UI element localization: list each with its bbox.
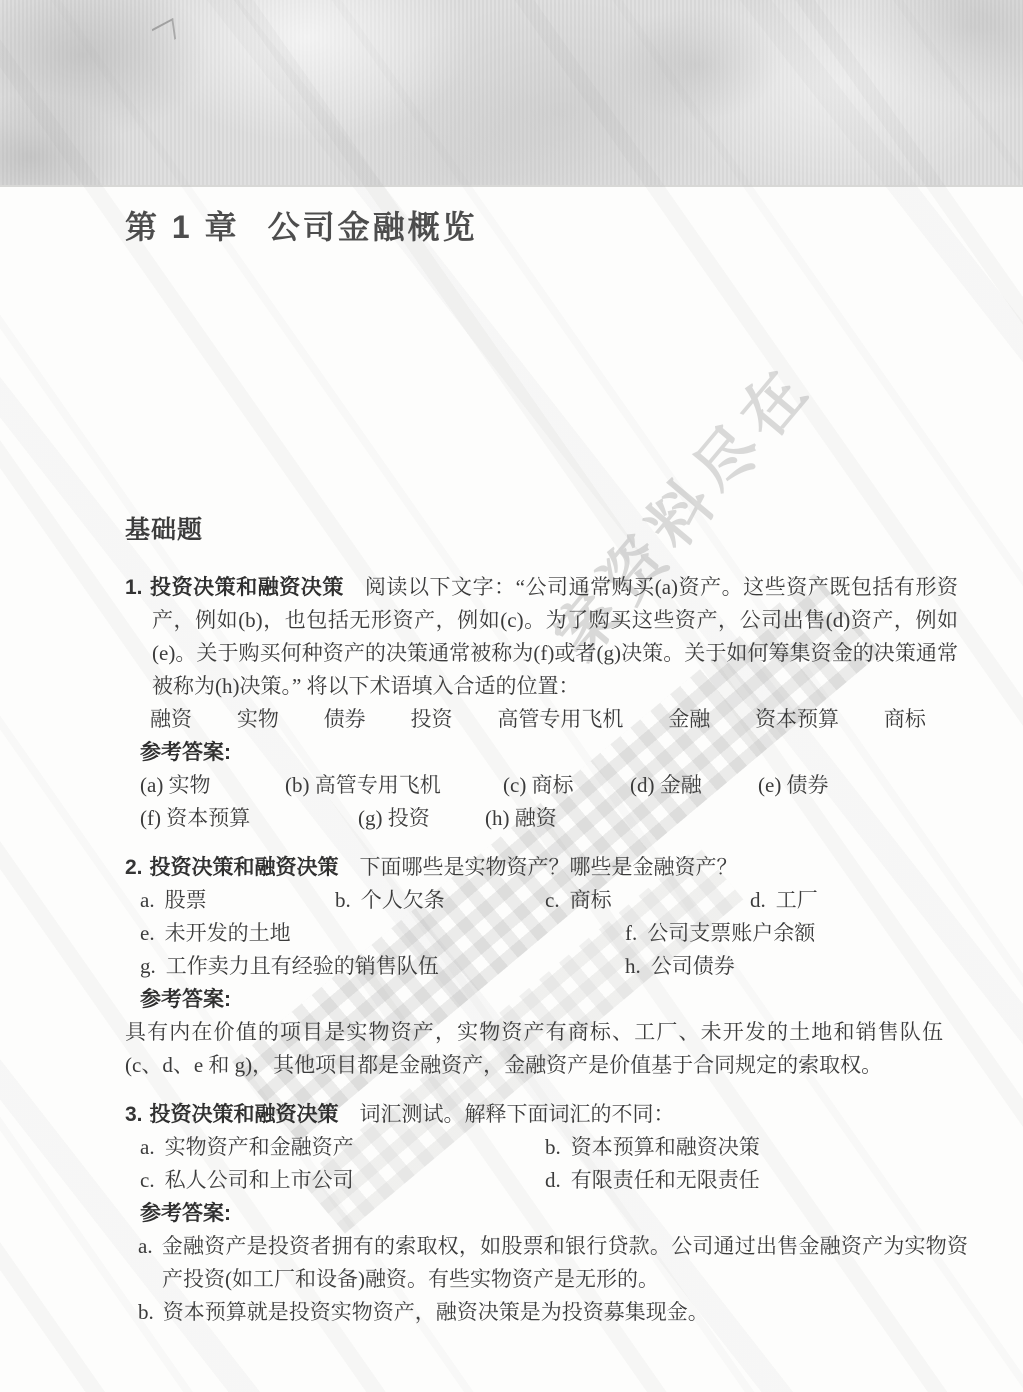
- option-label: 股票: [165, 888, 207, 912]
- chapter-number: 第 1 章: [125, 209, 240, 245]
- question-number: 2.: [125, 856, 143, 879]
- term: 投资: [411, 703, 453, 736]
- term: 高管专用飞机: [497, 703, 623, 736]
- answer-text: 金融资产是投资者拥有的索取权，如股票和银行贷款。公司通过出售金融资产为实物资产投…: [162, 1234, 968, 1291]
- question-3-answer-b: b.资本预算就是投资实物资产，融资决策是为投资募集现金。: [138, 1296, 968, 1329]
- answer-key: b.: [138, 1300, 154, 1324]
- option-key: e.: [140, 921, 155, 945]
- question-topic: 投资决策和融资决策: [150, 1103, 339, 1126]
- question-3-options-row2: c.私人公司和上市公司 d.有限责任和无限责任: [140, 1164, 963, 1197]
- option-label: 私人公司和上市公司: [165, 1168, 354, 1192]
- question-number: 1.: [125, 576, 143, 599]
- question-2-answer: 具有内在价值的项目是实物资产，实物资产有商标、工厂、未开发的土地和销售队伍 (c…: [125, 1016, 943, 1082]
- option-label: 实物资产和金融资产: [165, 1135, 354, 1159]
- option-key: f.: [625, 921, 637, 945]
- scanned-textbook-page: 案资料尽在 第 1 章公司金融概览 基础题 1.投资决策和融资决策阅读以下文字：…: [0, 0, 1023, 1392]
- question-3: 3.投资决策和融资决策词汇测试。解释下面词汇的不同： a.实物资产和金融资产 b…: [125, 1098, 963, 1329]
- question-1-answers-row1: (a) 实物 (b) 高管专用飞机 (c) 商标 (d) 金融 (e) 债券: [140, 769, 963, 802]
- option-item: g.工作卖力且有经验的销售队伍: [140, 950, 625, 983]
- question-2: 2.投资决策和融资决策下面哪些是实物资产？哪些是金融资产？ a.股票 b.个人欠…: [125, 851, 963, 1082]
- question-2-options-row3: g.工作卖力且有经验的销售队伍 h.公司债券: [140, 950, 963, 983]
- option-item: h.公司债券: [625, 950, 963, 983]
- question-3-answer-a: a.金融资产是投资者拥有的索取权，如股票和银行贷款。公司通过出售金融资产为实物资…: [138, 1230, 968, 1296]
- option-key: c.: [140, 1168, 155, 1192]
- option-item: d.有限责任和无限责任: [545, 1164, 963, 1197]
- answer-item: (d) 金融: [630, 769, 758, 802]
- option-key: d.: [750, 888, 766, 912]
- question-prompt: 词汇测试。解释下面词汇的不同：: [360, 1102, 675, 1126]
- answer-item: (f) 资本预算: [140, 802, 358, 835]
- term: 金融: [668, 703, 710, 736]
- option-key: d.: [545, 1168, 561, 1192]
- option-key: b.: [335, 888, 351, 912]
- question-2-head: 2.投资决策和融资决策下面哪些是实物资产？哪些是金融资产？: [125, 851, 958, 884]
- question-2-options-row1: a.股票 b.个人欠条 c.商标 d.工厂: [140, 884, 963, 917]
- option-key: b.: [545, 1135, 561, 1159]
- term: 融资: [150, 703, 192, 736]
- option-key: c.: [545, 888, 560, 912]
- answer-label: 参考答案:: [140, 736, 963, 769]
- question-1: 1.投资决策和融资决策阅读以下文字：“公司通常购买(a)资产。这些资产既包括有形…: [125, 571, 963, 835]
- question-prompt: 下面哪些是实物资产？哪些是金融资产？: [360, 855, 738, 879]
- question-3-head: 3.投资决策和融资决策词汇测试。解释下面词汇的不同：: [125, 1098, 958, 1131]
- option-key: g.: [140, 954, 156, 978]
- option-label: 商标: [570, 888, 612, 912]
- section-title: 基础题: [125, 513, 963, 547]
- question-1-term-list: 融资 实物 债券 投资 高管专用飞机 金融 资本预算 商标: [150, 703, 926, 736]
- answer-item: (g) 投资: [358, 802, 485, 835]
- chapter-title: 第 1 章公司金融概览: [125, 207, 963, 247]
- answer-item: (h) 融资: [485, 802, 963, 835]
- term: 债券: [324, 703, 366, 736]
- answer-label: 参考答案:: [140, 983, 963, 1016]
- option-key: a.: [140, 1135, 155, 1159]
- question-1-head: 1.投资决策和融资决策阅读以下文字：“公司通常购买(a)资产。这些资产既包括有形…: [125, 571, 958, 703]
- option-label: 未开发的土地: [165, 921, 291, 945]
- answer-item: (b) 高管专用飞机: [285, 769, 503, 802]
- option-item: c.私人公司和上市公司: [140, 1164, 545, 1197]
- answer-key: a.: [138, 1234, 153, 1258]
- option-item: a.股票: [140, 884, 335, 917]
- option-item: f.公司支票账户余额: [625, 917, 963, 950]
- option-label: 工作卖力且有经验的销售队伍: [166, 954, 439, 978]
- question-topic: 投资决策和融资决策: [150, 856, 339, 879]
- option-label: 公司支票账户余额: [647, 921, 815, 945]
- option-label: 公司债券: [651, 954, 735, 978]
- question-topic: 投资决策和融资决策: [150, 576, 344, 599]
- answer-item: (e) 债券: [758, 769, 963, 802]
- option-label: 有限责任和无限责任: [571, 1168, 760, 1192]
- question-number: 3.: [125, 1103, 143, 1126]
- term: 资本预算: [755, 703, 839, 736]
- option-key: a.: [140, 888, 155, 912]
- option-item: e.未开发的土地: [140, 917, 625, 950]
- option-item: b.个人欠条: [335, 884, 545, 917]
- term: 商标: [884, 703, 926, 736]
- term: 实物: [237, 703, 279, 736]
- option-key: h.: [625, 954, 641, 978]
- answer-text: 资本预算就是投资实物资产，融资决策是为投资募集现金。: [163, 1300, 709, 1324]
- option-item: d.工厂: [750, 884, 963, 917]
- option-label: 个人欠条: [361, 888, 445, 912]
- option-item: b.资本预算和融资决策: [545, 1131, 963, 1164]
- page-content: 第 1 章公司金融概览 基础题 1.投资决策和融资决策阅读以下文字：“公司通常购…: [0, 0, 1023, 1329]
- answer-item: (a) 实物: [140, 769, 285, 802]
- question-3-options-row1: a.实物资产和金融资产 b.资本预算和融资决策: [140, 1131, 963, 1164]
- chapter-name: 公司金融概览: [268, 209, 478, 245]
- answer-label: 参考答案:: [140, 1197, 963, 1230]
- option-label: 资本预算和融资决策: [571, 1135, 760, 1159]
- option-item: c.商标: [545, 884, 750, 917]
- option-label: 工厂: [776, 888, 818, 912]
- answer-item: (c) 商标: [503, 769, 630, 802]
- option-item: a.实物资产和金融资产: [140, 1131, 545, 1164]
- question-2-options-row2: e.未开发的土地 f.公司支票账户余额: [140, 917, 963, 950]
- question-1-answers-row2: (f) 资本预算 (g) 投资 (h) 融资: [140, 802, 963, 835]
